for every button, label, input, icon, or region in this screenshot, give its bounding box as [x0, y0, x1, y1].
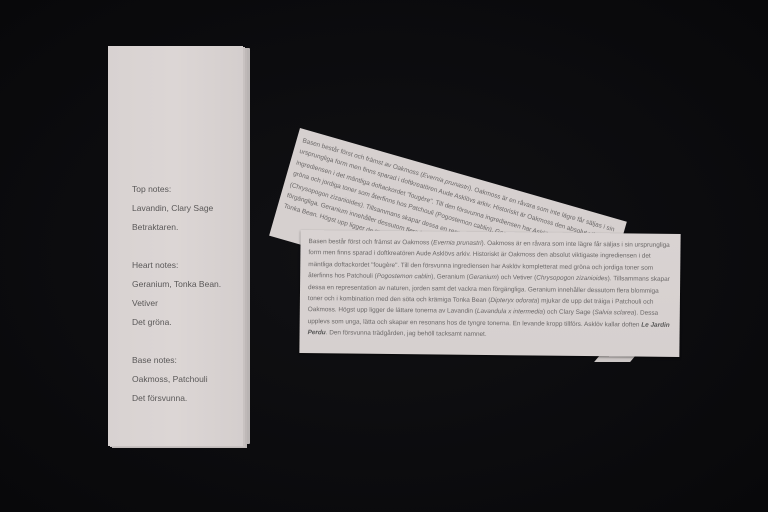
- text-segment: ) och Clary Sage (: [543, 309, 595, 317]
- spacer: [132, 332, 240, 351]
- top-notes-caption: Betraktaren.: [132, 218, 240, 237]
- text-segment-italic: Geranium: [469, 274, 497, 281]
- heart-notes-caption: Det gröna.: [132, 313, 240, 332]
- heart-notes-ingredients: Geranium, Tonka Bean.: [132, 275, 240, 294]
- base-notes-ingredients: Oakmoss, Patchouli: [132, 370, 240, 389]
- text-segment-italic: Salvia sclarea: [594, 310, 634, 317]
- text-segment-italic: Dipteryx odorata: [490, 297, 537, 304]
- description-text: Basen består först och främst av Oakmoss…: [308, 236, 671, 342]
- base-notes-caption: Det försvunna.: [132, 389, 240, 408]
- description-card: Basen består först och främst av Oakmoss…: [299, 230, 680, 357]
- text-segment: . Den försvunna trädgården, jag behöll t…: [326, 330, 487, 339]
- text-segment-italic: Chrysopogon zizanioides: [536, 275, 607, 283]
- text-segment-italic: Evernia prunastri: [433, 239, 481, 247]
- text-segment-italic: Lavandula x intermedia: [477, 308, 543, 316]
- text-segment: Basen består först och främst av Oakmoss…: [308, 238, 433, 246]
- notes-list: Top notes: Lavandin, Clary Sage Betrakta…: [132, 180, 240, 408]
- text-segment-italic: Pogostemon cablin: [377, 273, 431, 281]
- top-notes-heading: Top notes:: [132, 180, 240, 199]
- heart-notes-ingredient-2: Vetiver: [132, 294, 240, 313]
- base-notes-heading: Base notes:: [132, 351, 240, 370]
- top-notes-ingredients: Lavandin, Clary Sage: [132, 199, 240, 218]
- heart-notes-heading: Heart notes:: [132, 256, 240, 275]
- text-segment: ), Geranium (: [431, 274, 469, 281]
- text-segment: ) och Vetiver (: [497, 274, 537, 281]
- spacer: [132, 237, 240, 256]
- fragrance-notes-card: Top notes: Lavandin, Clary Sage Betrakta…: [108, 46, 243, 446]
